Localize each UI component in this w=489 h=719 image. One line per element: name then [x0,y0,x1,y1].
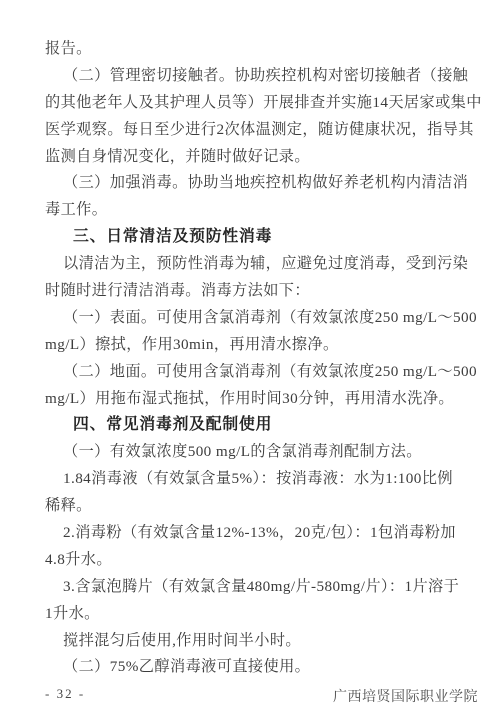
text-line: （二）地面。可使用含氯消毒剂（有效氯浓度250 mg/L～500 [45,359,461,386]
text-line: 毒工作。 [45,197,461,224]
text-line: 时随时进行清洁消毒。消毒方法如下： [45,278,461,305]
text-line: 医学观察。每日至少进行2次体温测定，随访健康状况，指导其 [45,117,461,144]
heading-daily-cleaning-disinfection: 三、日常清洁及预防性消毒 [45,224,461,251]
text-line: 搅拌混匀后使用,作用时间半小时。 [45,628,461,655]
text-line: 4.8升水。 [45,547,461,574]
document-body: 报告。 （二）管理密切接触者。协助疾控机构对密切接触者（接触 的其他老年人及其护… [45,36,461,681]
text-line: mg/L）擦拭，作用30min，再用清水擦净。 [45,332,461,359]
text-line: 报告。 [45,36,461,63]
text-line: 稀释。 [45,493,461,520]
heading-common-disinfectants: 四、常见消毒剂及配制使用 [45,412,461,439]
text-line: 1升水。 [45,601,461,628]
text-line: 监测自身情况变化，并随时做好记录。 [45,144,461,171]
institution-watermark: 广西培贤国际职业学院 [333,686,478,706]
text-line: 以清洁为主，预防性消毒为辅，应避免过度消毒，受到污染 [45,251,461,278]
text-line: （一）表面。可使用含氯消毒剂（有效氯浓度250 mg/L～500 [45,305,461,332]
text-line: 1.84消毒液（有效氯含量5%）：按消毒液：水为1:100比例 [45,466,461,493]
text-line: mg/L）用拖布湿式拖拭，作用时间30分钟，再用清水洗净。 [45,386,461,413]
document-page: 报告。 （二）管理密切接触者。协助疾控机构对密切接触者（接触 的其他老年人及其护… [0,0,489,719]
text-line: （二）管理密切接触者。协助疾控机构对密切接触者（接触 [45,63,461,90]
page-number: - 32 - [45,686,85,702]
page-footer: - 32 - 广西培贤国际职业学院 [45,686,478,706]
text-line: （三）加强消毒。协助当地疾控机构做好养老机构内清洁消 [45,170,461,197]
text-line: （一）有效氯浓度500 mg/L的含氯消毒剂配制方法。 [45,439,461,466]
text-line: 3.含氯泡腾片（有效氯含量480mg/片-580mg/片）：1片溶于 [45,574,461,601]
text-line: （二）75%乙醇消毒液可直接使用。 [45,654,461,681]
text-line: 2.消毒粉（有效氯含量12%-13%，20克/包）：1包消毒粉加 [45,520,461,547]
text-line: 的其他老年人及其护理人员等）开展排查并实施14天居家或集中 [45,90,461,117]
